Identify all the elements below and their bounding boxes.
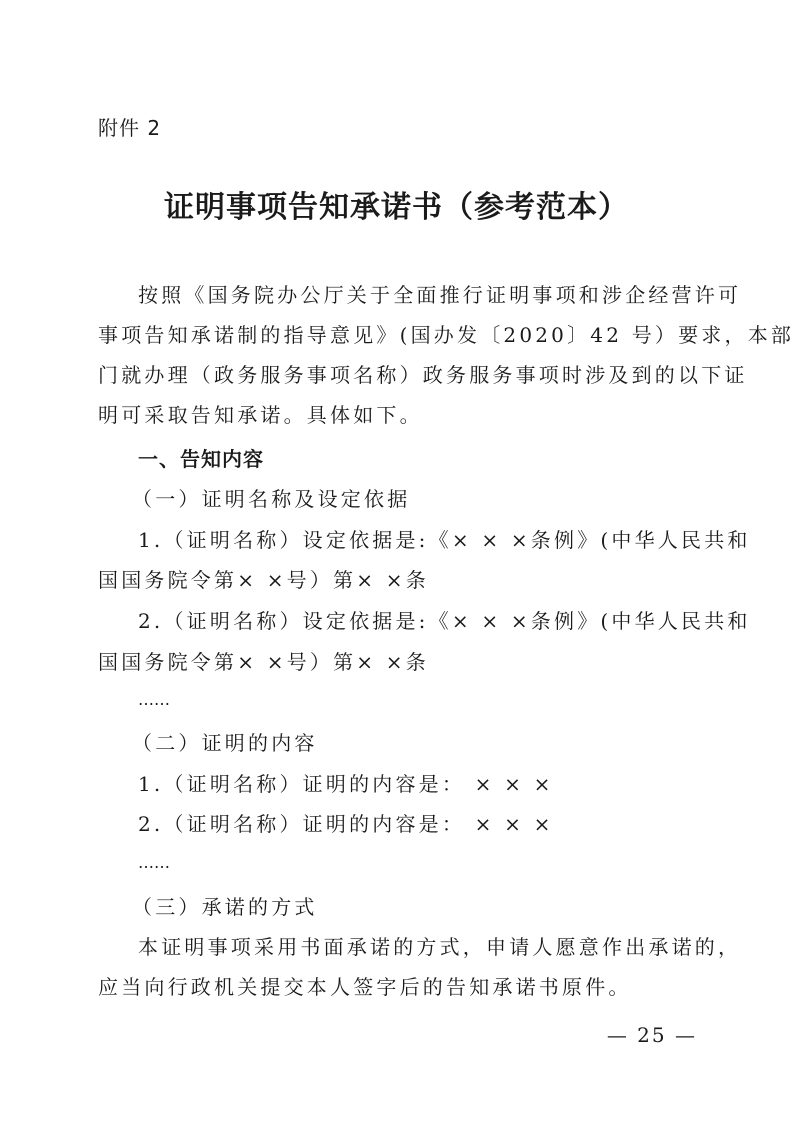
content-ellipsis: …… — [138, 848, 170, 878]
basis-ellipsis: …… — [138, 685, 170, 715]
section-heading-notice-content: 一、告知内容 — [138, 444, 264, 474]
page-number: — 25 — — [607, 1022, 697, 1048]
basis-item-2-line-2: 国国务院令第× ×号）第× ×条 — [98, 647, 429, 677]
intro-line-3: 门就办理（政务服务事项名称）政务服务事项时涉及到的以下证 — [98, 360, 748, 390]
commitment-line-2: 应当向行政机关提交本人签字后的告知承诺书原件。 — [98, 972, 632, 1002]
intro-line-1: 按照《国务院办公厅关于全面推行证明事项和涉企经营许可 — [138, 280, 741, 310]
content-item-2: 2.（证明名称）证明的内容是： × × × — [138, 809, 554, 839]
commitment-line-1: 本证明事项采用书面承诺的方式，申请人愿意作出承诺的， — [138, 932, 741, 962]
content-item-1: 1.（证明名称）证明的内容是： × × × — [138, 769, 554, 799]
basis-item-2-line-1: 2.（证明名称）设定依据是:《× × ×条例》(中华人民共和 — [138, 606, 751, 636]
document-page: 附件 2 证明事项告知承诺书（参考范本） 按照《国务院办公厅关于全面推行证明事项… — [0, 0, 793, 1122]
subsection-heading-name-basis: （一）证明名称及设定依据 — [132, 484, 410, 514]
subsection-heading-commitment-method: （三）承诺的方式 — [132, 892, 318, 922]
attachment-label: 附件 2 — [98, 116, 161, 140]
intro-line-2: 事项告知承诺制的指导意见》(国办发〔2020〕42 号）要求，本部 — [98, 320, 793, 350]
document-title: 证明事项告知承诺书（参考范本） — [0, 188, 793, 228]
subsection-heading-content: （二）证明的内容 — [132, 728, 318, 758]
intro-line-4: 明可采取告知承诺。具体如下。 — [98, 400, 423, 430]
basis-item-1-line-1: 1.（证明名称）设定依据是:《× × ×条例》(中华人民共和 — [138, 525, 751, 555]
basis-item-1-line-2: 国国务院令第× ×号）第× ×条 — [98, 565, 429, 595]
